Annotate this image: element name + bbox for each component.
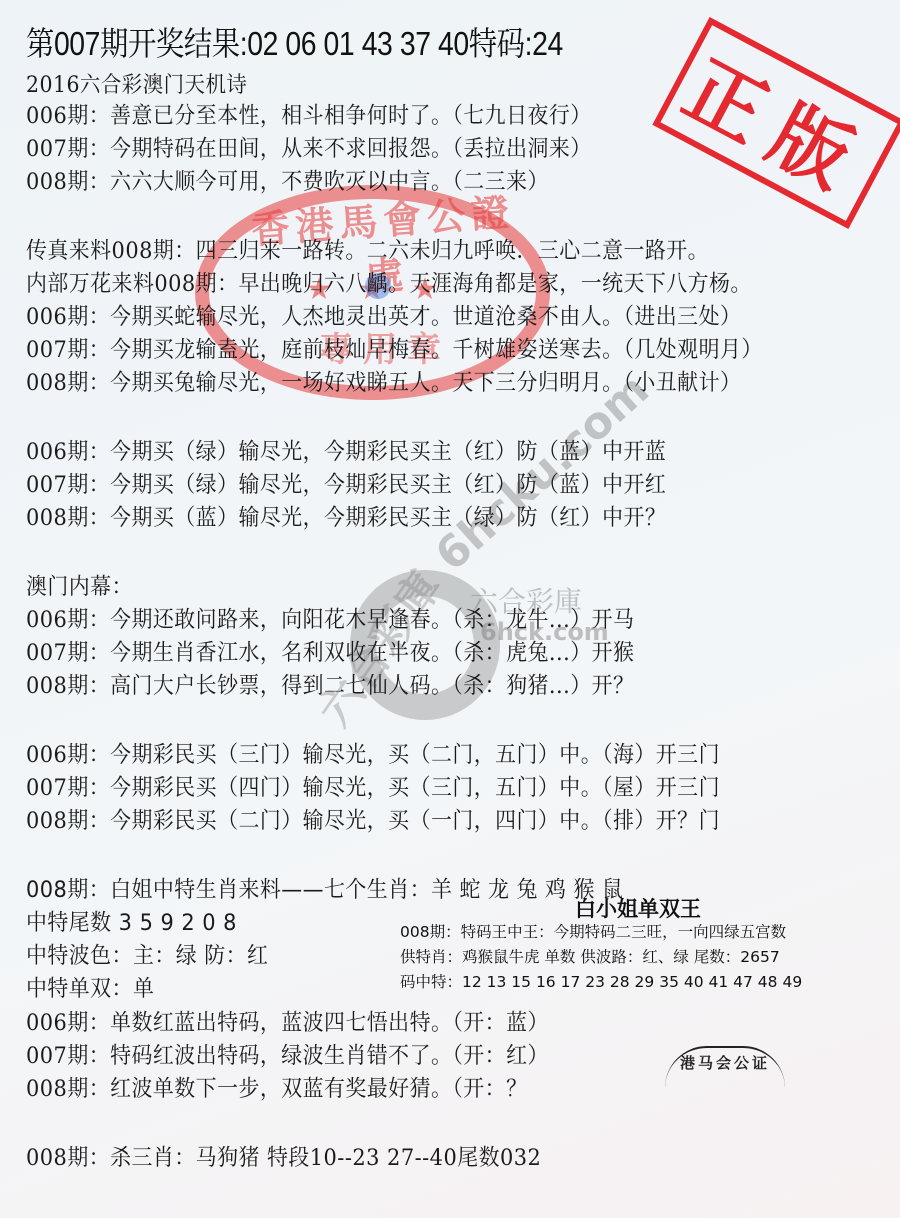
baijie-zodiac-line: 008期：白姐中特生肖来料——七个生肖：羊 蛇 龙 兔 鸡 猴 鼠	[26, 872, 623, 904]
baijie-tail-numbers: 中特尾数 3 5 9 2 0 8	[26, 905, 237, 937]
inside-line: 008期：高门大户长钞票，得到二七仙人码。（杀：狗猪...）开？	[26, 668, 634, 700]
color-line: 008期：今期买（蓝）输尽光，今期彩民买主（绿）防（红）中开？	[26, 500, 666, 532]
fax-line: 内部万花来料008期：早出晚归六八齲。天涯海角都是家，一统天下八方杨。	[26, 266, 752, 298]
bxj-box-line: 码中特：12 13 15 16 17 23 28 29 35 40 41 47 …	[400, 970, 802, 992]
wave-line: 007期：特码红波出特码，绿波生肖错不了。（开：红）	[26, 1038, 549, 1070]
fax-line: 008期：今期买兔输尽光，一场好戏睇五人。天下三分归明月。（小丑献计）	[26, 365, 741, 397]
fax-line: 006期：今期买蛇输尽光，人杰地灵出英才。世道沧桑不由人。（进出三处）	[26, 299, 741, 331]
lottery-document: 香港馬會公證處 ★★★ 專用章 6hcku.com 六合彩庫 6hck.com …	[0, 0, 900, 1218]
wave-line: 006期：单数红蓝出特码，蓝波四七悟出特。（开：蓝）	[26, 1005, 549, 1037]
draw-result-title: 第007期开奖结果:02 06 01 43 37 40特码:24	[26, 18, 563, 65]
inside-section-title: 澳门内幕：	[26, 569, 133, 601]
poem-line: 007期：今期特码在田间，从来不求回报怨。（丢拉出洞来）	[26, 131, 592, 163]
poem-section-title: 2016六合彩澳门天机诗	[26, 68, 247, 99]
door-line: 007期：今期彩民买（四门）输尽光，买（三门，五门）中。（屋）开三门	[26, 770, 720, 802]
baijie-odd-even: 中特单双：单	[26, 971, 154, 1003]
wave-line: 008期：红波单数下一步，双蓝有奖最好猜。（开：？	[26, 1071, 527, 1103]
poem-line: 006期：善意已分至本性，相斗相争何时了。（七九日夜行）	[26, 98, 592, 130]
fax-line: 传真来料008期：四三归来一路转。二六未归九呼唤．三心二意一路开。	[26, 233, 709, 265]
poem-line: 008期：六六大顺今可用，不费吹灭以中言。（二三来）	[26, 164, 549, 196]
color-line: 007期：今期买（绿）输尽光，今期彩民买主（红）防（蓝）中开红	[26, 467, 666, 499]
fax-line: 007期：今期买龙输盍光，庭前枝灿早梅春。千树雄姿送寒去。（几处观明月）	[26, 332, 763, 364]
color-line: 006期：今期买（绿）输尽光，今期彩民买主（红）防（蓝）中开蓝	[26, 434, 666, 466]
baijie-wave-color: 中特波色：主：绿 防：红	[26, 938, 268, 970]
bxj-box-line: 供特肖：鸡猴鼠牛虎 单数 供波路：红、绿 尾数：2657	[400, 945, 780, 967]
kill-zodiac-line: 008期：杀三肖：马狗猪 特段10--23 27--40尾数032	[26, 1140, 541, 1172]
small-notary-stamp: 港马会公证	[665, 1046, 785, 1088]
authentic-stamp-text: 正版	[668, 28, 890, 217]
door-line: 006期：今期彩民买（三门）输尽光，买（二门，五门）中。（海）开三门	[26, 737, 720, 769]
inside-line: 006期：今期还敢问路来，向阳花木早逢春。（杀：龙牛...）开马	[26, 602, 634, 634]
authentic-stamp: 正版	[652, 17, 900, 229]
inside-line: 007期：今期生肖香江水，名利双收在半夜。（杀：虎兔...）开猴	[26, 635, 634, 667]
bxj-box-line: 008期：特码王中王：今期特码二三旺，一向四绿五宫数	[400, 920, 786, 942]
door-line: 008期：今期彩民买（二门）输尽光，买（一门，四门）中。（排）开？门	[26, 803, 720, 835]
bxj-box-title: 白小姐单双王	[575, 893, 701, 923]
